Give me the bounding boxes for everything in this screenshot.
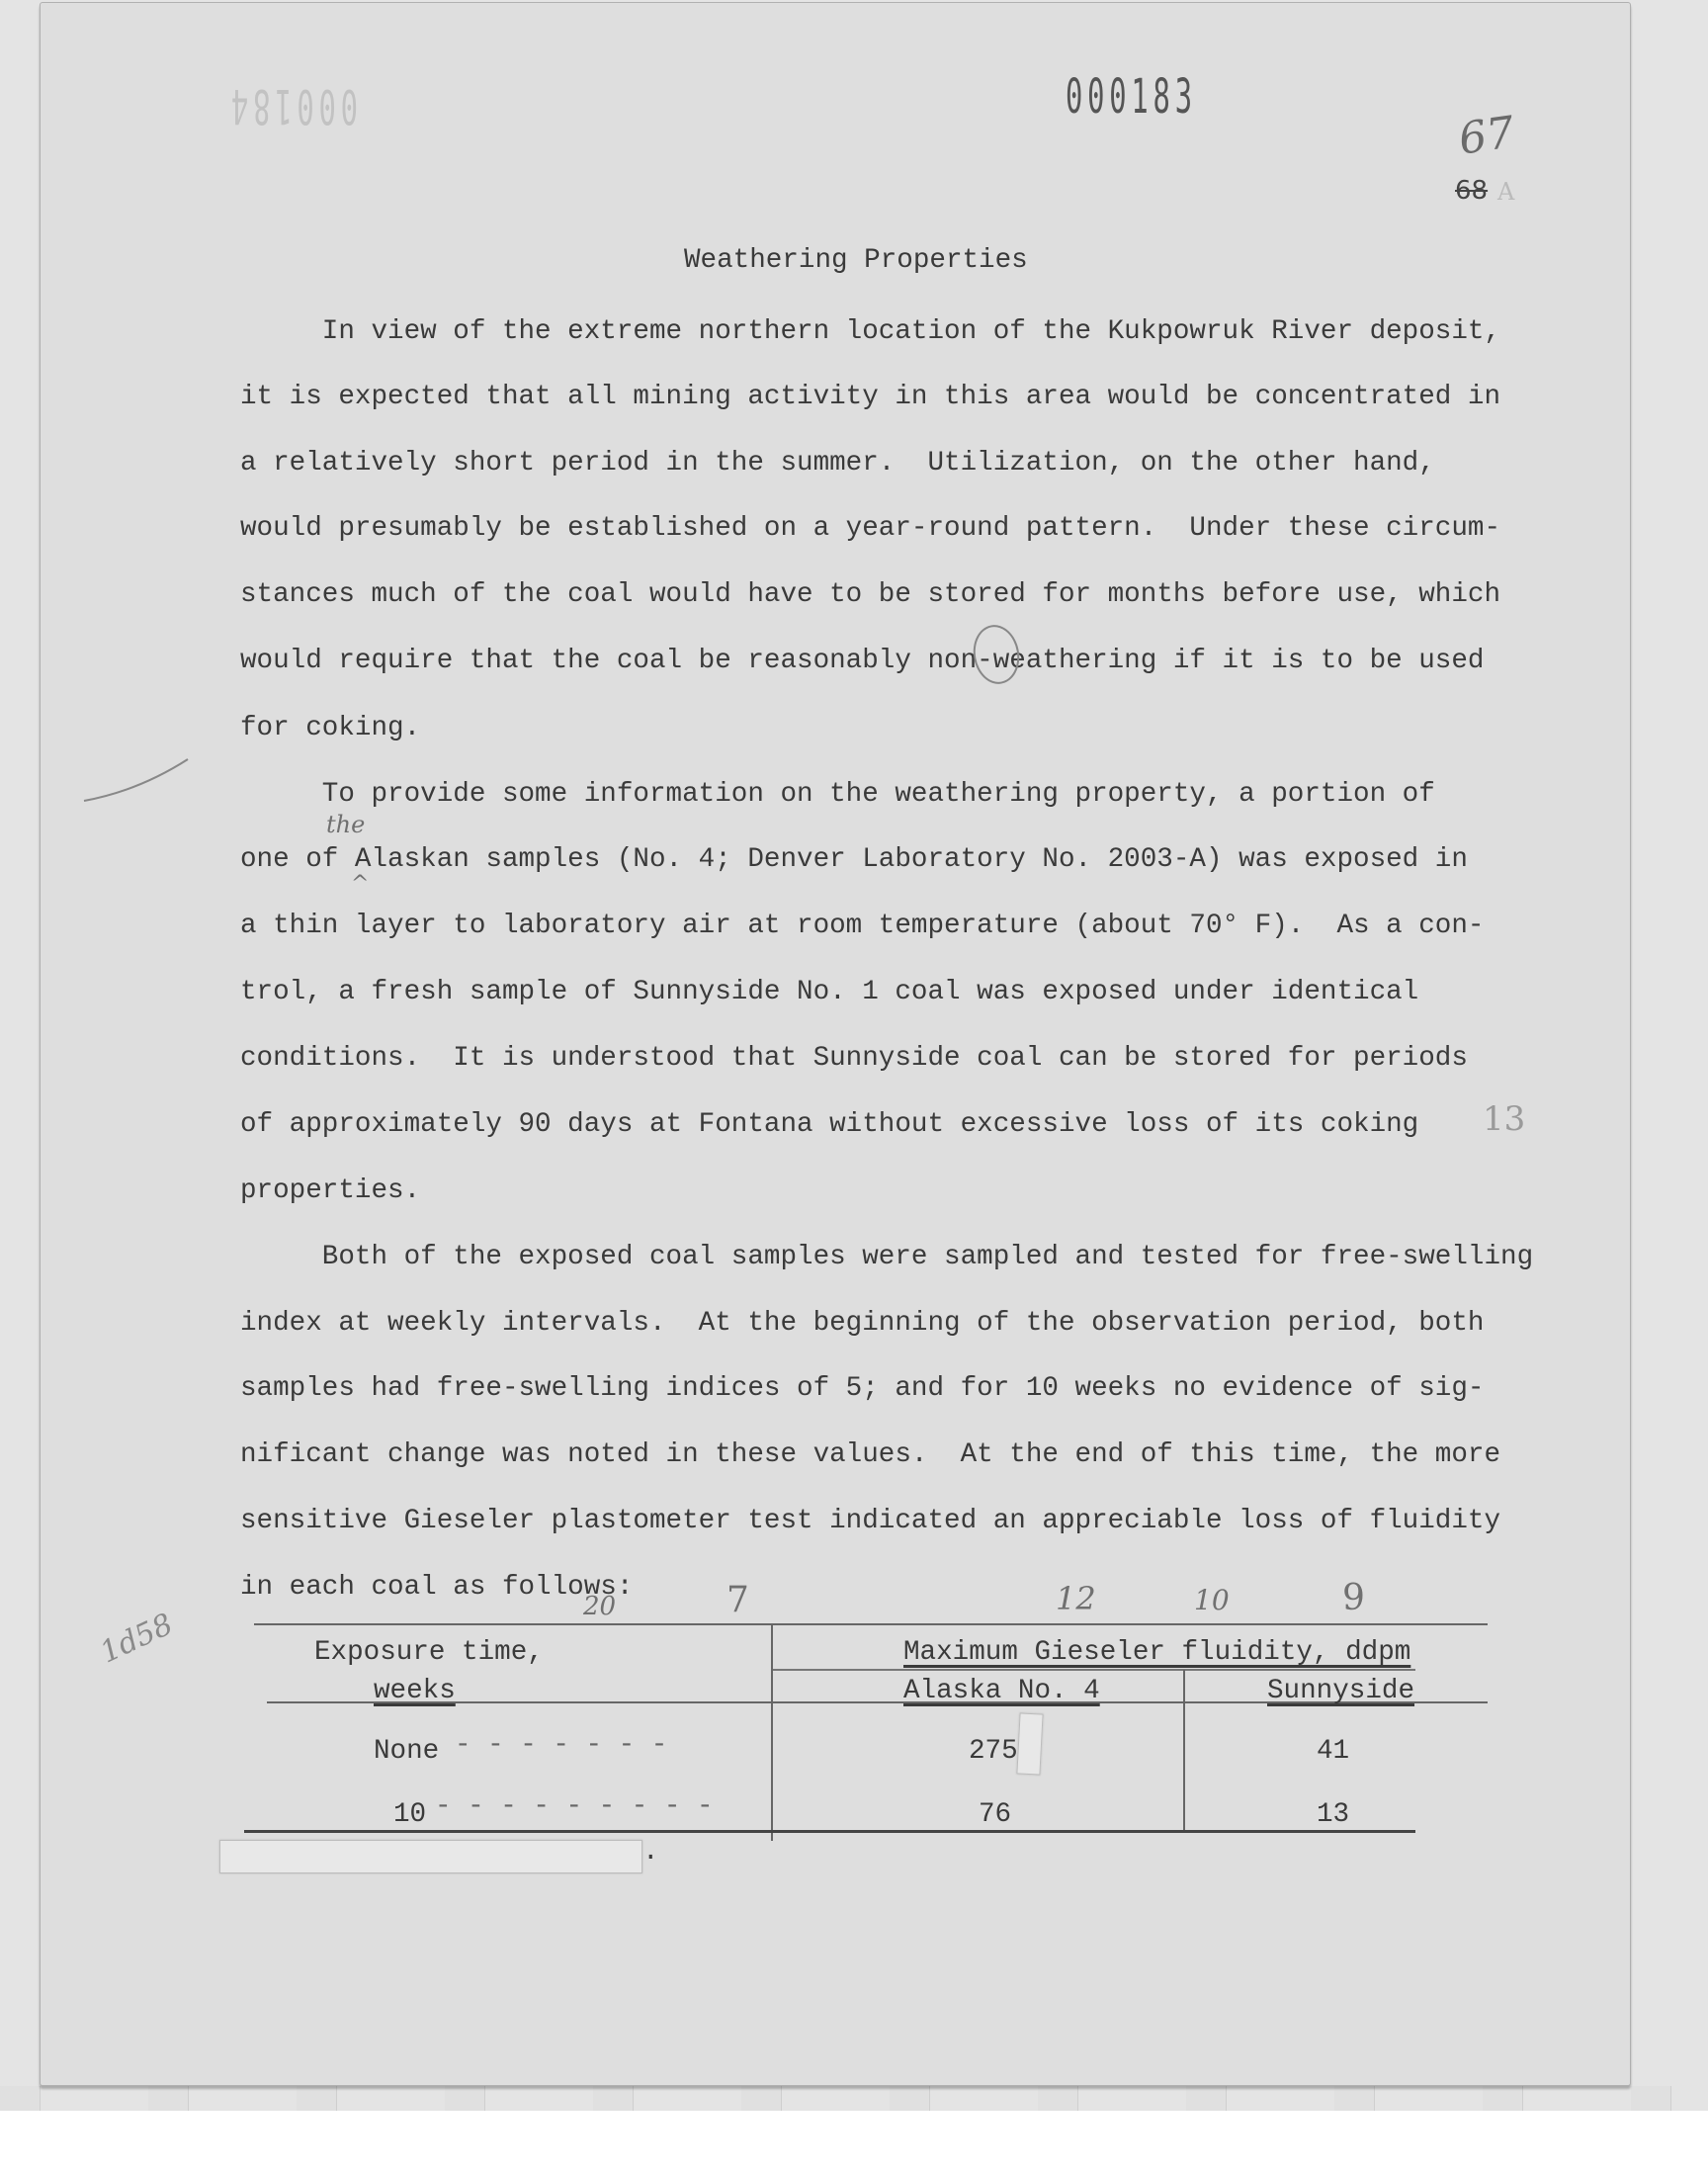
page-title: Weathering Properties <box>684 247 1028 275</box>
trailing-period: . <box>642 1839 659 1867</box>
text-line: In view of the extreme northern location… <box>240 318 1500 346</box>
col-header-weeks: weeks <box>314 1678 531 1705</box>
cell-sunnyside: 41 <box>1317 1738 1349 1766</box>
handwritten-number: 12 <box>1056 1580 1096 1617</box>
text-line: index at weekly intervals. At the beginn… <box>240 1310 1484 1338</box>
table-col-divider-2 <box>1183 1670 1185 1831</box>
text-line: nificant change was noted in these value… <box>240 1441 1500 1469</box>
ghost-stamp-number: 000184 <box>245 74 358 133</box>
margin-stroke-icon <box>79 751 198 811</box>
table-bottom-rule <box>244 1830 1415 1833</box>
col-header-exposure: Exposure time, <box>314 1639 544 1667</box>
cell-exposure: None <box>374 1738 439 1766</box>
text-line: would require that the coal be reasonabl… <box>240 648 1484 675</box>
text-line: stances much of the coal would have to b… <box>240 581 1500 609</box>
group-header-fluidity: Maximum Gieseler fluidity, ddpm <box>903 1639 1410 1667</box>
table-col-divider <box>771 1623 773 1841</box>
col-header-alaska: Alaska No. 4 <box>903 1678 1100 1705</box>
text-line: samples had free-swelling indices of 5; … <box>240 1375 1484 1403</box>
cell-alaska: 76 <box>979 1801 1011 1829</box>
cell-leader: - - - - - - - - - <box>435 1793 714 1821</box>
col-header-weeks-text: weeks <box>374 1676 456 1706</box>
cell-leader: - - - - - - - <box>455 1732 667 1760</box>
stamp-number: 000183 <box>1066 69 1197 125</box>
handwritten-page-number: 67 <box>1456 107 1518 164</box>
text-line: sensitive Gieseler plastometer test indi… <box>240 1508 1500 1535</box>
cell-sunnyside: 13 <box>1317 1801 1349 1829</box>
handwritten-number: 7 <box>726 1580 749 1620</box>
typed-page-number-struck: 68 <box>1455 176 1488 206</box>
handwritten-number: 10 <box>1194 1584 1230 1616</box>
text-line: of approximately 90 days at Fontana with… <box>240 1111 1418 1139</box>
insert-caret: ^ <box>351 872 369 897</box>
margin-note-13: 13 <box>1483 1099 1525 1139</box>
tape-over-footnote <box>219 1840 642 1873</box>
tape-patch <box>1016 1712 1043 1775</box>
handwritten-number: 9 <box>1342 1578 1365 1618</box>
ghost-stamp-text: 000184 <box>226 78 358 133</box>
text-line: would presumably be established on a yea… <box>240 515 1500 543</box>
text-line: properties. <box>240 1177 420 1205</box>
text-line: one of Alaskan samples (No. 4; Denver La… <box>240 846 1468 874</box>
text-line: To provide some information on the weath… <box>240 781 1435 809</box>
group-header-rule <box>773 1669 1415 1671</box>
scanner-bed <box>0 2086 1708 2111</box>
text-line: in each coal as follows: <box>240 1574 633 1602</box>
text-line: a relatively short period in the summer.… <box>240 450 1435 478</box>
table-top-rule <box>254 1623 1488 1625</box>
text-line: for coking. <box>240 715 420 742</box>
col-header-sunnyside: Sunnyside <box>1267 1678 1414 1705</box>
text-line: trol, a fresh sample of Sunnyside No. 1 … <box>240 979 1418 1006</box>
text-line: a thin layer to laboratory air at room t… <box>240 913 1484 940</box>
cell-exposure: 10 <box>393 1801 426 1829</box>
cell-alaska: 275 <box>969 1738 1018 1766</box>
page-number-suffix: A <box>1497 178 1514 206</box>
handwritten-insert: the <box>326 811 365 838</box>
handwritten-number: 20 <box>583 1592 616 1621</box>
text-line: it is expected that all mining activity … <box>240 384 1500 411</box>
text-line: conditions. It is understood that Sunnys… <box>240 1045 1468 1073</box>
text-line: Both of the exposed coal samples were sa… <box>240 1244 1533 1271</box>
